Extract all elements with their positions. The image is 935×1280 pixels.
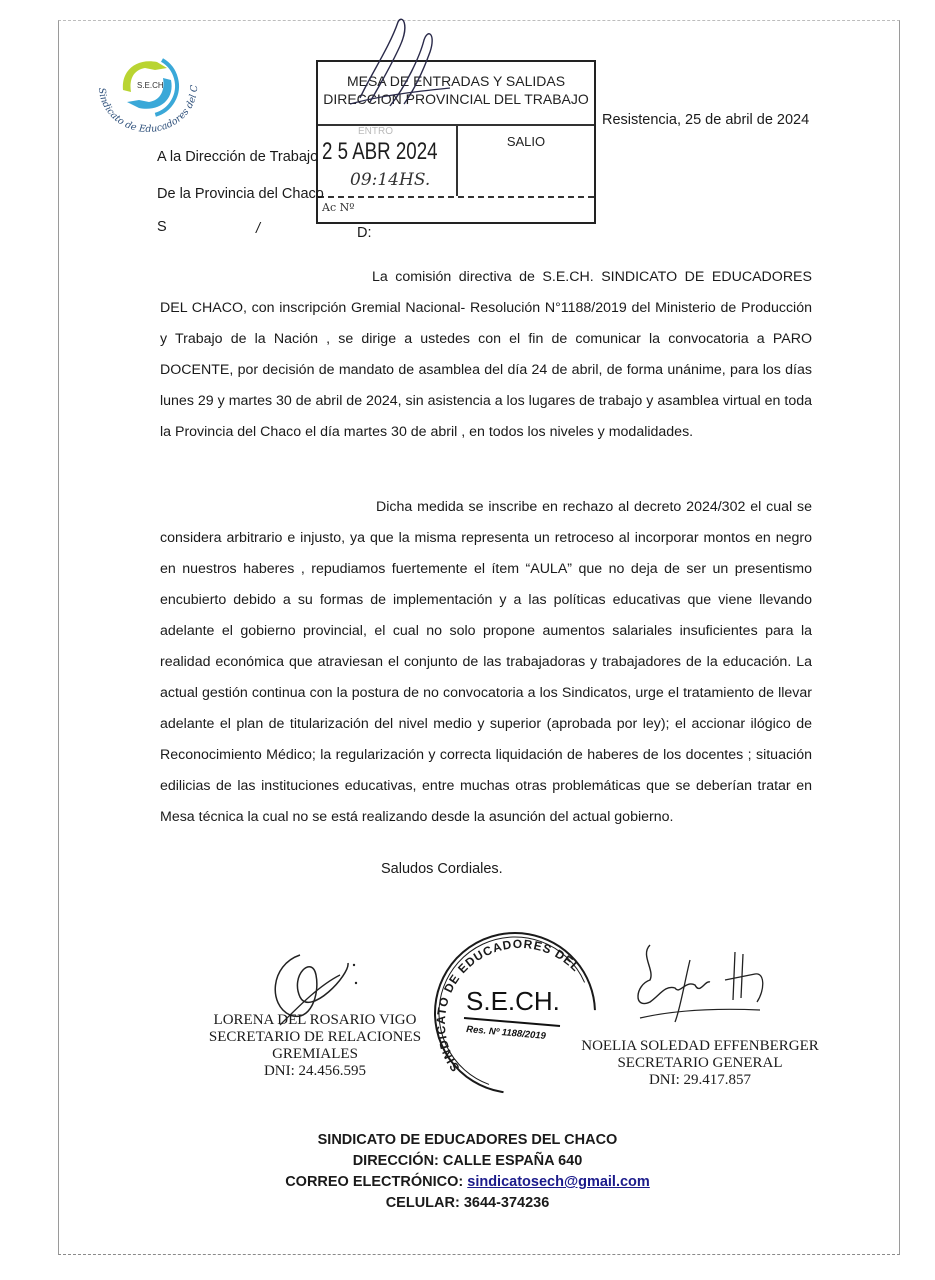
footer-email-label: CORREO ELECTRÓNICO: bbox=[285, 1174, 467, 1190]
footer-phone: CELULAR: 3644-374236 bbox=[0, 1193, 935, 1214]
closing: Saludos Cordiales. bbox=[381, 861, 503, 877]
handwritten-initials-icon bbox=[320, 16, 460, 116]
footer-contact: SINDICATO DE EDUCADORES DEL CHACO DIRECC… bbox=[0, 1130, 935, 1214]
footer-union-name: SINDICATO DE EDUCADORES DEL CHACO bbox=[0, 1130, 935, 1151]
body-paragraph-2: Dicha medida se inscribe en rechazo al d… bbox=[160, 492, 812, 833]
svg-text:S.E.CH: S.E.CH bbox=[137, 81, 164, 90]
footer-email-link[interactable]: sindicatosech@gmail.com bbox=[467, 1174, 650, 1190]
signatory-1-dni: DNI: 24.456.595 bbox=[190, 1063, 440, 1080]
union-logo-icon: S.E.CH Sindicato de Educadores del Chaco bbox=[85, 48, 205, 143]
svg-text:S.E.CH.: S.E.CH. bbox=[466, 986, 560, 1016]
stamp-date: 2 5 ABR 2024 bbox=[322, 138, 438, 166]
signatory-2-dni: DNI: 29.417.857 bbox=[565, 1072, 835, 1089]
salutation-d: D: bbox=[357, 225, 372, 241]
stamp-entro-label: ENTRO bbox=[358, 126, 393, 137]
footer-email-line: CORREO ELECTRÓNICO: sindicatosech@gmail.… bbox=[0, 1172, 935, 1193]
signatory-1-role: SECRETARIO DE RELACIONES bbox=[190, 1029, 440, 1046]
stamp-entro-cell: ENTRO 2 5 ABR 2024 09:14HS. bbox=[318, 126, 458, 196]
stamp-time: 09:14HS. bbox=[350, 170, 430, 190]
stamp-salio-label: SALIO bbox=[458, 126, 594, 196]
recipient-line2: De la Provincia del Chaco bbox=[157, 186, 324, 202]
signatory-2-role: SECRETARIO GENERAL bbox=[565, 1055, 835, 1072]
salutation-s: S bbox=[157, 219, 167, 235]
place-date: Resistencia, 25 de abril de 2024 bbox=[602, 112, 809, 128]
signatory-1: LORENA DEL ROSARIO VIGO SECRETARIO DE RE… bbox=[190, 1012, 440, 1080]
svg-text:Res. Nº 1188/2019: Res. Nº 1188/2019 bbox=[466, 1024, 547, 1042]
body-paragraph-1: La comisión directiva de S.E.CH. SINDICA… bbox=[160, 262, 812, 448]
salutation-slash: / bbox=[256, 221, 260, 237]
signatory-1-role-2: GREMIALES bbox=[190, 1046, 440, 1063]
signature-right-icon bbox=[625, 940, 775, 1025]
svg-text:Sindicato de Educadores del Ch: Sindicato de Educadores del Chaco bbox=[85, 48, 200, 135]
recipient-line1: A la Dirección de Trabajo bbox=[157, 149, 318, 165]
stamp-exp-label: Ac Nº bbox=[318, 198, 594, 217]
signatory-2: NOELIA SOLEDAD EFFENBERGER SECRETARIO GE… bbox=[565, 1038, 835, 1089]
signatory-2-name: NOELIA SOLEDAD EFFENBERGER bbox=[565, 1038, 835, 1055]
signatory-1-name: LORENA DEL ROSARIO VIGO bbox=[190, 1012, 440, 1029]
footer-address: DIRECCIÓN: CALLE ESPAÑA 640 bbox=[0, 1151, 935, 1172]
